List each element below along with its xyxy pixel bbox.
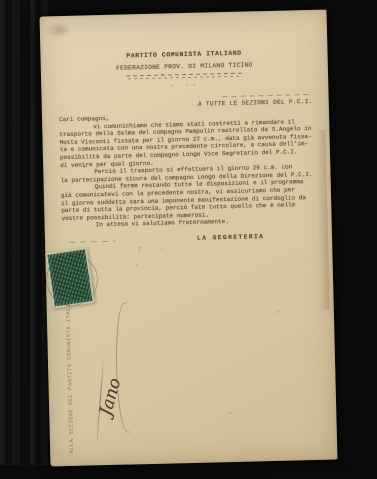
- paper-stain: [46, 22, 72, 39]
- letterhead: PARTITO COMUNISTA ITALIANO FEDERAZIONE P…: [40, 48, 328, 94]
- header-underline: [126, 73, 244, 80]
- paper-speck: [136, 264, 138, 266]
- recipient-dashes: [223, 94, 313, 97]
- paper-speck: [161, 74, 163, 76]
- paper-speck: [229, 412, 231, 414]
- letter-body: Cari compagni, vi comunichiamo che siamo…: [59, 110, 322, 230]
- pencil-note: F · — ·: [138, 245, 177, 253]
- side-address-vertical: ALLA SEZIONE DEL PARTITO COMUNISTA ITALI…: [64, 288, 78, 458]
- org-name-line: PARTITO COMUNISTA ITALIANO: [40, 48, 327, 62]
- paper-speck: [277, 311, 279, 313]
- recipient-block: A TUTTE LE SEZIONI DEL P.C.I.: [198, 94, 313, 108]
- signature: LA SEGRETERIA: [197, 233, 264, 242]
- recipient-line: A TUTTE LE SEZIONI DEL P.C.I.: [198, 98, 313, 108]
- typed-marks: · ··: [41, 79, 328, 94]
- paper-speck: [83, 166, 85, 168]
- pencil-dashes: [69, 241, 115, 243]
- background-bottom: [0, 465, 377, 479]
- letter-paper: PARTITO COMUNISTA ITALIANO FEDERAZIONE P…: [40, 10, 338, 467]
- org-federation-line: FEDERAZIONE PROV. DI MILANO TICINO: [41, 60, 328, 74]
- photo-background: PARTITO COMUNISTA ITALIANO FEDERAZIONE P…: [0, 0, 377, 479]
